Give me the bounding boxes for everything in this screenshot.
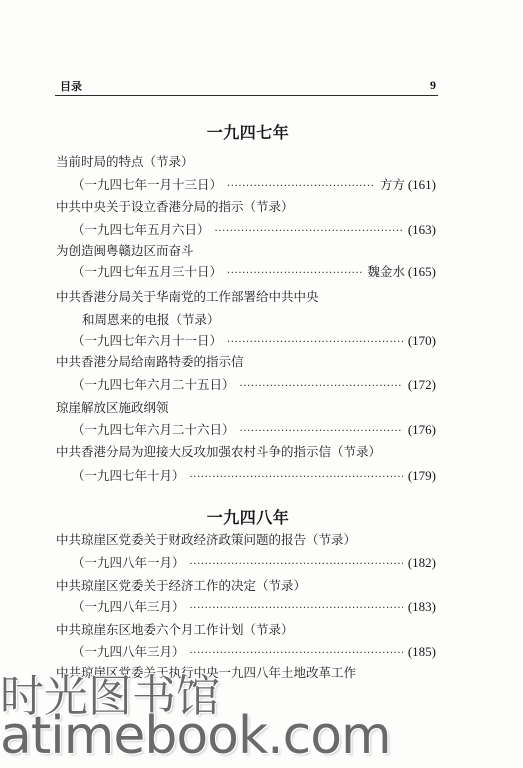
dot-leader (215, 223, 403, 241)
year-heading-1947: 一九四七年 (0, 120, 496, 143)
entry-page-number: (161) (408, 176, 436, 194)
dot-leader (190, 600, 403, 618)
toc-entry-title: 中共中央关于设立香港分局的指示（节录） (56, 198, 436, 216)
toc-entry-date-line: （一九四七年五月三十日） 魏金水 (165) (72, 263, 436, 281)
toc-entry-title: 中共琼崖区党委关于经济工作的决定（节录） (56, 577, 436, 595)
toc-entry-title: 中共琼崖东区地委六个月工作计划（节录） (56, 621, 436, 639)
toc-entry-title: 为创造闽粤赣边区而奋斗 (56, 242, 436, 260)
dot-leader (240, 423, 403, 441)
dot-leader (227, 178, 375, 196)
toc-entry-title: 中共香港分局关于华南党的工作部署给中共中央 (56, 288, 436, 306)
dot-leader (227, 265, 362, 283)
year-heading-1948: 一九四八年 (0, 505, 496, 528)
entry-page-number: (165) (408, 263, 436, 281)
entry-date: （一九四七年六月二十六日） (72, 421, 235, 439)
entry-date: （一九四七年五月三十日） (72, 263, 222, 281)
entry-page-number: (182) (408, 554, 436, 572)
toc-entry-title: 琼崖解放区施政纲领 (56, 399, 436, 417)
entry-date: （一九四七年十月） (72, 467, 185, 485)
entry-page-number: (163) (408, 221, 436, 239)
entry-date: （一九四七年五月六日） (72, 221, 210, 239)
entry-author: 魏金水 (367, 263, 405, 281)
watermark-url: atimebook.com (0, 706, 391, 766)
entry-date: （一九四七年一月十三日） (72, 176, 222, 194)
running-head-title: 目录 (60, 78, 82, 94)
running-head: 目录 9 (56, 78, 436, 94)
entry-page-number: (185) (408, 643, 436, 661)
dot-leader (240, 378, 403, 396)
dot-leader (190, 556, 403, 574)
page-number: 9 (430, 78, 436, 93)
entry-date: （一九四八年三月） (72, 598, 185, 616)
entry-page-number: (172) (408, 376, 436, 394)
dot-leader (227, 334, 403, 352)
toc-entry-title: 中共香港分局为迎接大反攻加强农村斗争的指示信（节录） (56, 443, 436, 461)
entry-author: 方方 (380, 176, 405, 194)
toc-entry-title: 当前时局的特点（节录） (56, 153, 436, 171)
entry-date: （一九四七年六月十一日） (72, 332, 222, 350)
toc-entry-date-line: （一九四八年三月） (183) (72, 598, 436, 616)
toc-entry-title: 中共琼崖区党委关于财政经济政策问题的报告（节录） (56, 531, 436, 549)
entry-date: （一九四七年六月二十五日） (72, 376, 235, 394)
entry-page-number: (170) (408, 332, 436, 350)
entry-page-number: (183) (408, 598, 436, 616)
toc-entry-date-line: （一九四七年十月） (179) (72, 467, 436, 485)
toc-entry-date-line: （一九四七年六月二十五日） (172) (72, 376, 436, 394)
document-page: 目录 9 一九四七年 当前时局的特点（节录） （一九四七年一月十三日） 方方 (… (0, 0, 523, 768)
dot-leader (190, 469, 403, 487)
entry-date: （一九四八年一月） (72, 554, 185, 572)
toc-entry-title-continued: 和周恩来的电报（节录） (82, 311, 436, 329)
entry-page-number: (176) (408, 421, 436, 439)
toc-entry-title: 中共香港分局给南路特委的指示信 (56, 353, 436, 371)
dot-leader (190, 645, 403, 663)
entry-page-number: (179) (408, 467, 436, 485)
toc-entry-date-line: （一九四八年三月） (185) (72, 643, 436, 661)
toc-entry-date-line: （一九四七年六月二十六日） (176) (72, 421, 436, 439)
entry-date: （一九四八年三月） (72, 643, 185, 661)
toc-entry-date-line: （一九四八年一月） (182) (72, 554, 436, 572)
toc-entry-date-line: （一九四七年六月十一日） (170) (72, 332, 436, 350)
header-rule (55, 95, 438, 96)
toc-entry-date-line: （一九四七年一月十三日） 方方 (161) (72, 176, 436, 194)
toc-entry-date-line: （一九四七年五月六日） (163) (72, 221, 436, 239)
